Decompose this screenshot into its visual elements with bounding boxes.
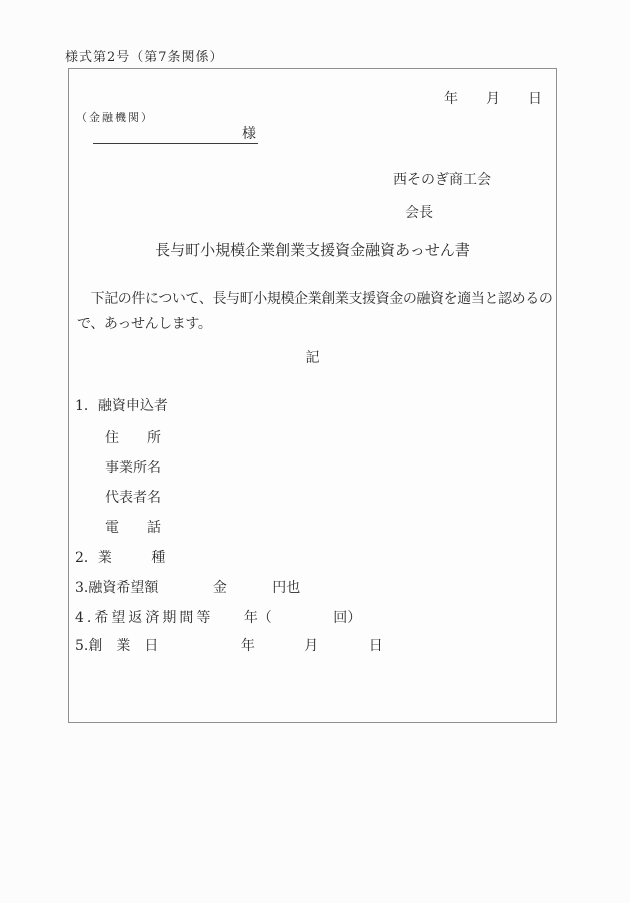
repayment-installments-label: 回） xyxy=(333,610,361,626)
loan-amount-label: 3.融資希望額 xyxy=(75,580,158,596)
repayment-years-label: 年（ xyxy=(244,610,272,626)
field-phone: 電 話 xyxy=(105,520,161,536)
honorific-sama: 様 xyxy=(242,126,258,143)
founding-year-label: 年 xyxy=(241,638,255,654)
field-business-name: 事業所名 xyxy=(105,460,161,476)
industry-value-label: 種 xyxy=(151,550,165,566)
loan-amount-yen-prefix: 金 xyxy=(213,580,227,596)
document-page: 様式第2号（第7条関係） 年 月 日 （金融機関） 様 西そのぎ商工会 会長 長… xyxy=(0,0,630,903)
date-line: 年 月 日 xyxy=(444,88,556,108)
list-item-industry: 2．業 種 xyxy=(75,550,165,566)
repayment-period-label: 4.希望返済期間等 xyxy=(75,610,213,626)
list-item-loan-amount: 3.融資希望額 金 円也 xyxy=(75,580,300,596)
list-item-founding-date: 5.創 業 日 年 月 日 xyxy=(75,638,383,654)
list-item-repayment-period: 4.希望返済期間等 年（ 回） xyxy=(75,610,361,626)
recipient-name-blank: 様 xyxy=(93,121,258,144)
record-heading: 記 xyxy=(69,347,556,367)
founding-day-label: 日 xyxy=(369,638,383,654)
field-representative: 代表者名 xyxy=(105,490,161,506)
sender-title: 会長 xyxy=(405,202,433,222)
field-address: 住 所 xyxy=(105,430,161,446)
document-title: 長与町小規模企業創業支援資金融資あっせん書 xyxy=(69,239,556,260)
sender-organization: 西そのぎ商工会 xyxy=(393,169,491,189)
body-line-1: 下記の件について、長与町小規模企業創業支援資金の融資を適当と認めるの xyxy=(77,287,552,312)
body-line-2: で、あっせんします。 xyxy=(77,312,552,337)
form-number-label: 様式第2号（第7条関係） xyxy=(65,46,224,65)
list-item-applicant: 1．融資申込者 xyxy=(75,398,168,414)
document-frame: 年 月 日 （金融機関） 様 西そのぎ商工会 会長 長与町小規模企業創業支援資金… xyxy=(68,68,557,723)
founding-month-label: 月 xyxy=(304,638,318,654)
founding-date-label: 5.創 業 日 xyxy=(75,638,158,654)
industry-label: 2．業 xyxy=(75,550,112,566)
loan-amount-yen-suffix: 円也 xyxy=(272,580,300,596)
body-paragraph: 下記の件について、長与町小規模企業創業支援資金の融資を適当と認めるの で、あっせ… xyxy=(77,287,552,337)
